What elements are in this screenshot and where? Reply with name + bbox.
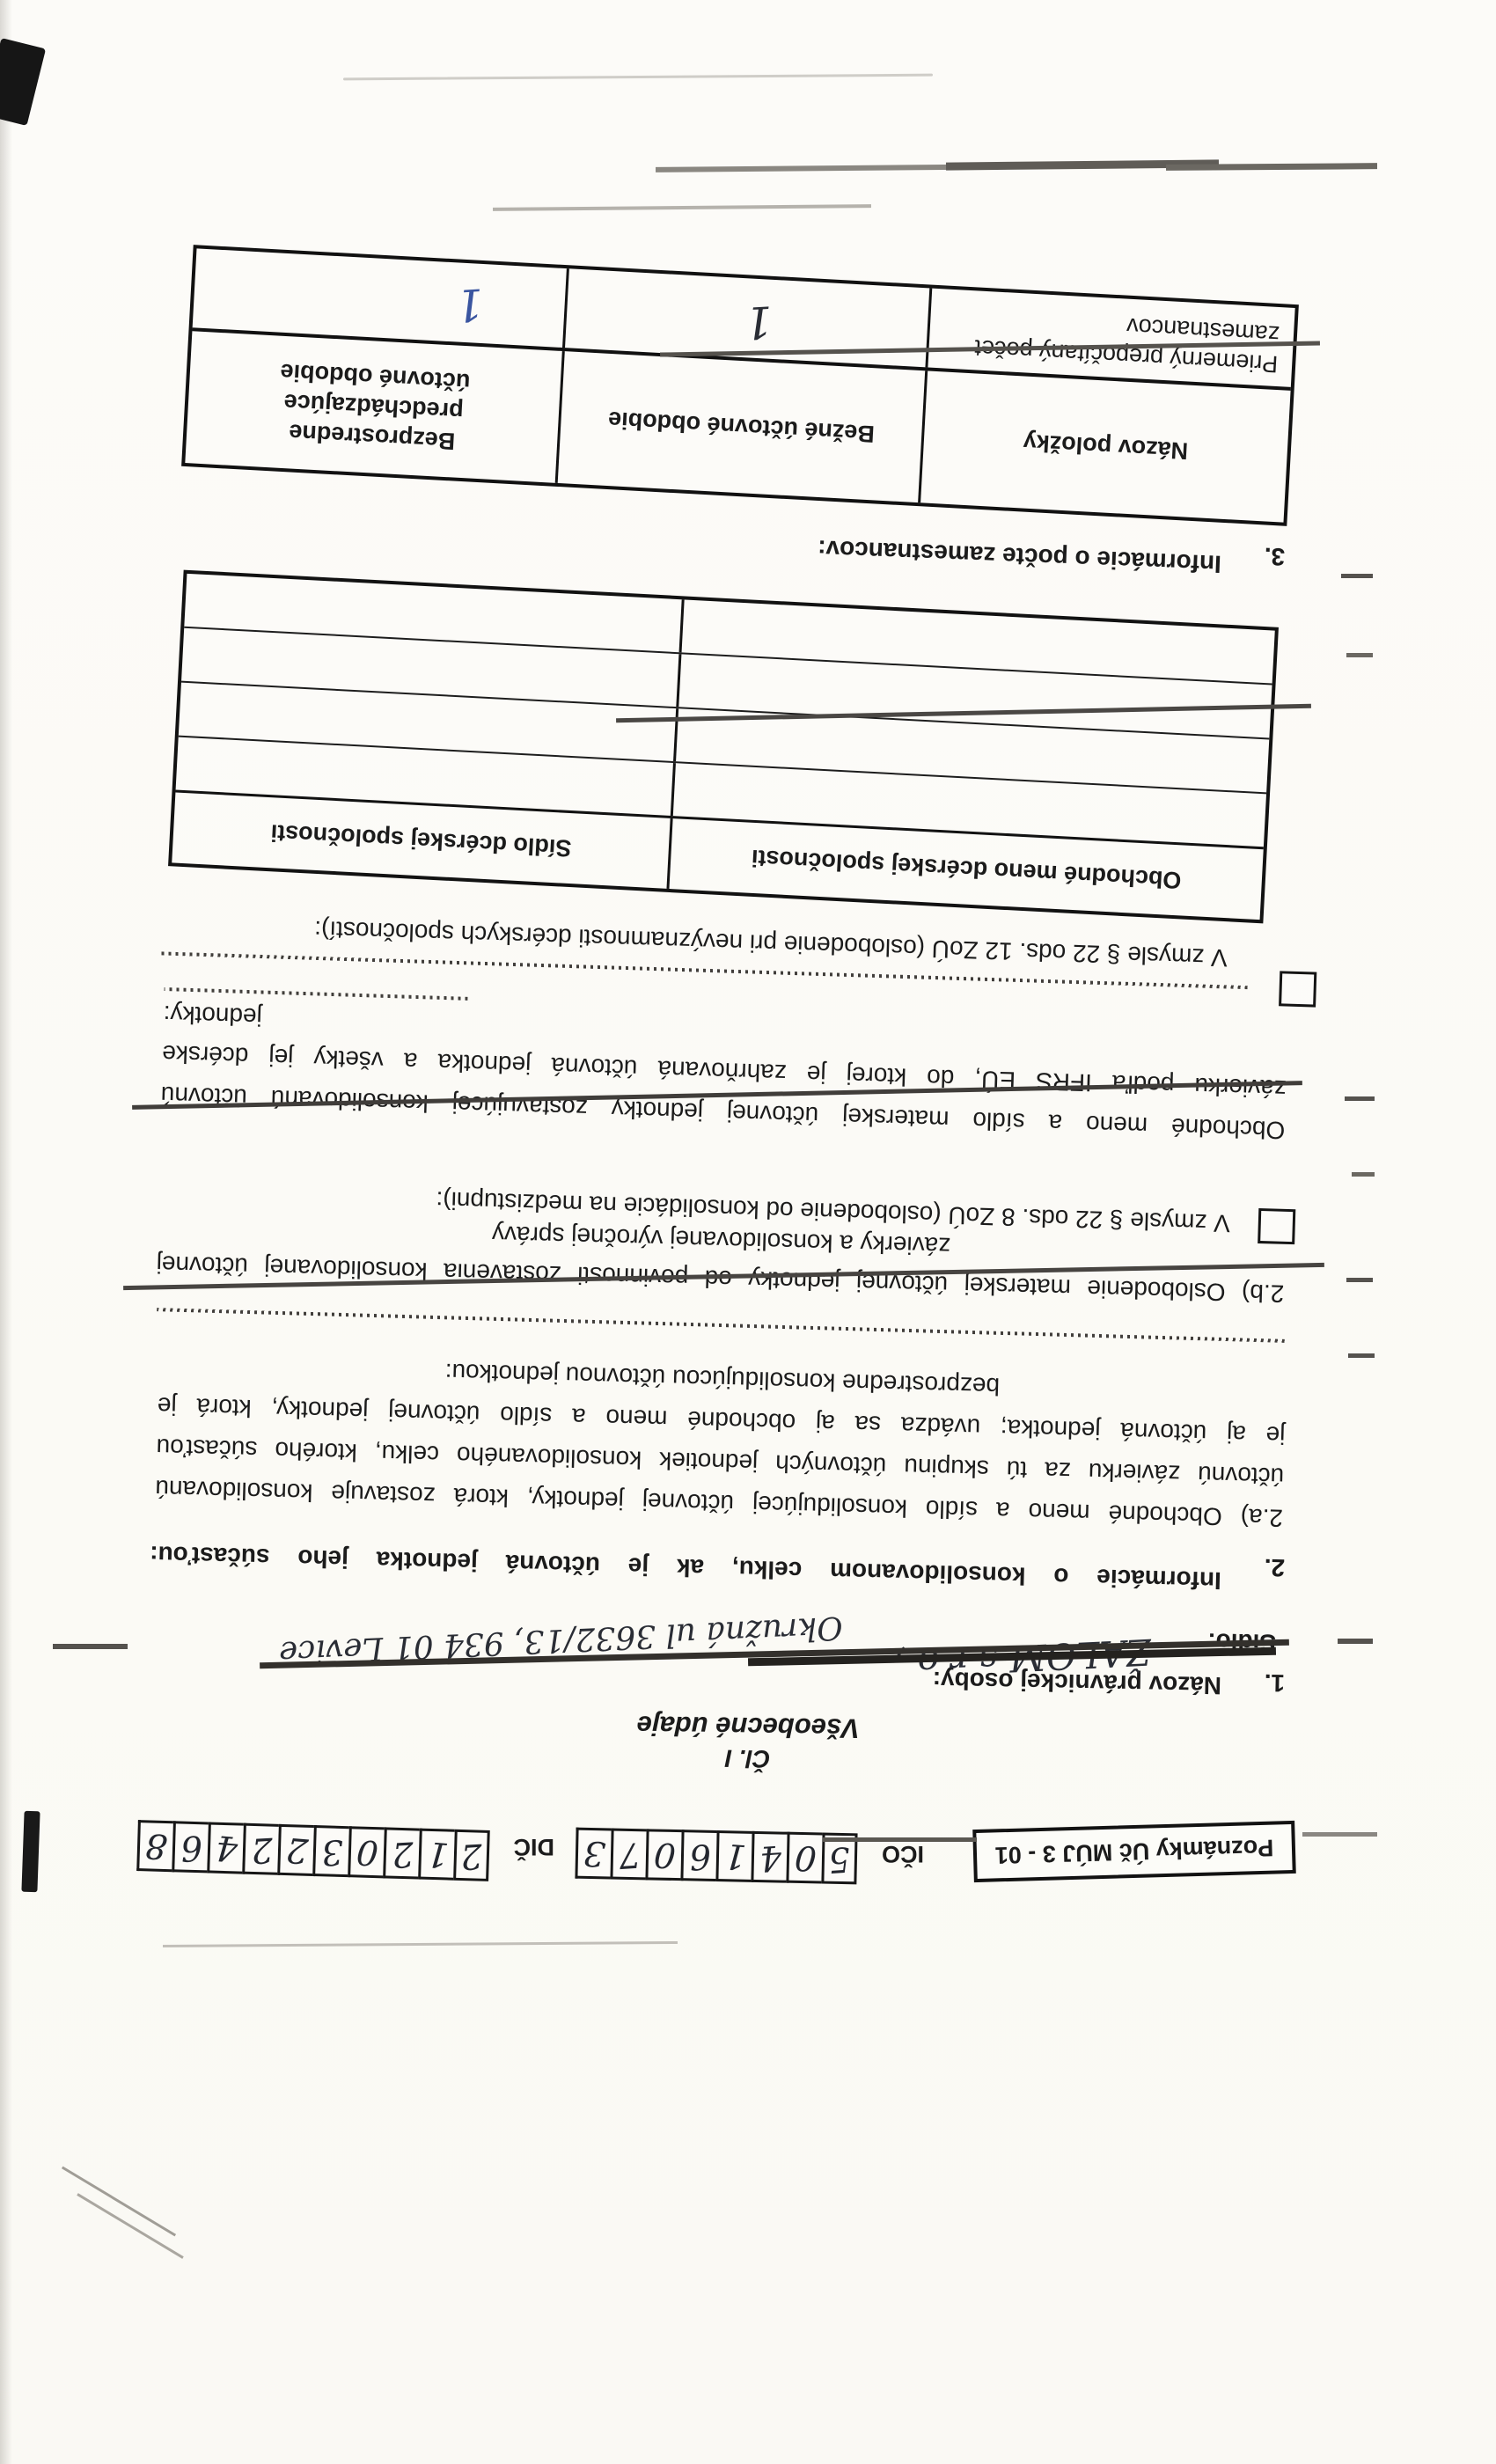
fill-in-dotted-line-short [165,987,468,1001]
section2-heading: Informácie o konsolidovanom celku, ak je… [150,1540,1221,1595]
article-heading: Čl. I Všeobecné údaje [0,1700,1496,1783]
section2-number: 2. [1264,1553,1285,1582]
handwritten-current-value: 1 [744,296,774,348]
employees-col3-header-text: Bezprostredne predchádzajúce účtovné obd… [235,355,512,459]
section1-number: 1. [1264,1668,1285,1697]
ifrs-paragraph: Obchodné meno a sídlo materskej účtovnej… [160,1109,1284,1144]
ico-digit-box: 3 [575,1828,611,1880]
ico-digit-box: 0 [645,1829,681,1881]
section3-number: 3. [1264,542,1286,571]
dic-digit-box: 3 [312,1825,349,1877]
employees-col3-header: Bezprostredne predchádzajúce účtovné obd… [185,331,561,483]
dic-digit-box: 6 [172,1821,209,1873]
ico-digit-box: 1 [715,1830,752,1882]
fill-in-dotted-line [157,1308,1285,1343]
ico-digit: 4 [759,1837,783,1879]
ico-digit: 1 [722,1836,747,1877]
employees-table: Názov položky Bežné účtovné obdobie Bezp… [181,245,1299,526]
employees-col2-header: Bežné účtovné obdobie [555,351,926,502]
dic-digit: 3 [320,1831,344,1872]
section3-heading: Informácie o počte zamestnancov: [818,534,1222,578]
dic-digit-box: 4 [207,1822,244,1874]
ico-digit-box: 7 [610,1828,646,1880]
dic-digit: 8 [143,1825,168,1866]
employees-col1-header: Názov položky [918,370,1291,522]
ifrs-tail: jednotky: [163,1000,262,1031]
dic-digit-boxes: 2 1 2 0 3 2 2 4 6 8 [136,1820,490,1881]
sidlo-label: Sídlo: [1207,1627,1276,1656]
dic-digit-box: 2 [277,1824,314,1876]
ico-digit: 0 [793,1837,818,1879]
handwritten-address: Okružná ul 3632/13, 934 01 Levice [278,1609,844,1670]
ico-digit: 3 [583,1833,607,1874]
checkbox-22-12[interactable] [1279,971,1316,1007]
handwritten-previous-value: 1 [454,278,486,331]
dic-digit: 2 [391,1834,414,1874]
dic-digit: 2 [250,1830,274,1870]
dic-digit-box: 2 [453,1830,490,1881]
dic-digit: 6 [180,1828,203,1868]
ico-digit: 7 [618,1835,642,1876]
form-code-box: Poznámky Úč MÚJ 3 - 01 [972,1821,1296,1882]
dic-digit-box: 2 [242,1823,279,1875]
ico-digit-box: 0 [786,1832,822,1884]
ico-digit-box: 4 [751,1831,787,1883]
ico-digit: 0 [652,1834,677,1875]
subsidiaries-table: Obchodné meno dcérskej spoločnosti Sídlo… [168,570,1279,924]
dic-digit-box: 8 [136,1820,173,1872]
ico-digit-box: 5 [821,1833,857,1885]
dic-digit: 1 [425,1834,450,1875]
checkbox-22-8[interactable] [1258,1208,1295,1244]
dic-digit: 4 [214,1828,238,1869]
scanned-form-page: { "colors": {"paper":"#fbfaf6","ink":"#1… [0,0,1496,2464]
section2a-paragraph: 2.a) Obchodné meno a sídlo konsolidujúce… [155,1344,1287,1538]
document-canvas: Poznámky Úč MÚJ 3 - 01 IČO 5 0 4 1 6 0 7… [0,0,1496,2464]
dic-label: DIČ [514,1833,555,1860]
ico-digit-boxes: 5 0 4 1 6 0 7 3 [575,1828,857,1885]
dic-digit: 2 [284,1830,309,1871]
ico-digit: 5 [827,1839,852,1881]
ico-digit-box: 6 [680,1830,716,1881]
dic-digit-box: 2 [383,1827,420,1879]
ico-digit: 6 [688,1836,713,1877]
form-code-label: Poznámky Úč MÚJ 3 - 01 [994,1834,1273,1869]
dic-digit-box: 1 [418,1829,455,1881]
dic-digit-box: 0 [348,1826,385,1878]
dic-digit: 0 [355,1831,379,1873]
ico-label: IČO [882,1840,924,1867]
dic-digit: 2 [459,1836,483,1876]
